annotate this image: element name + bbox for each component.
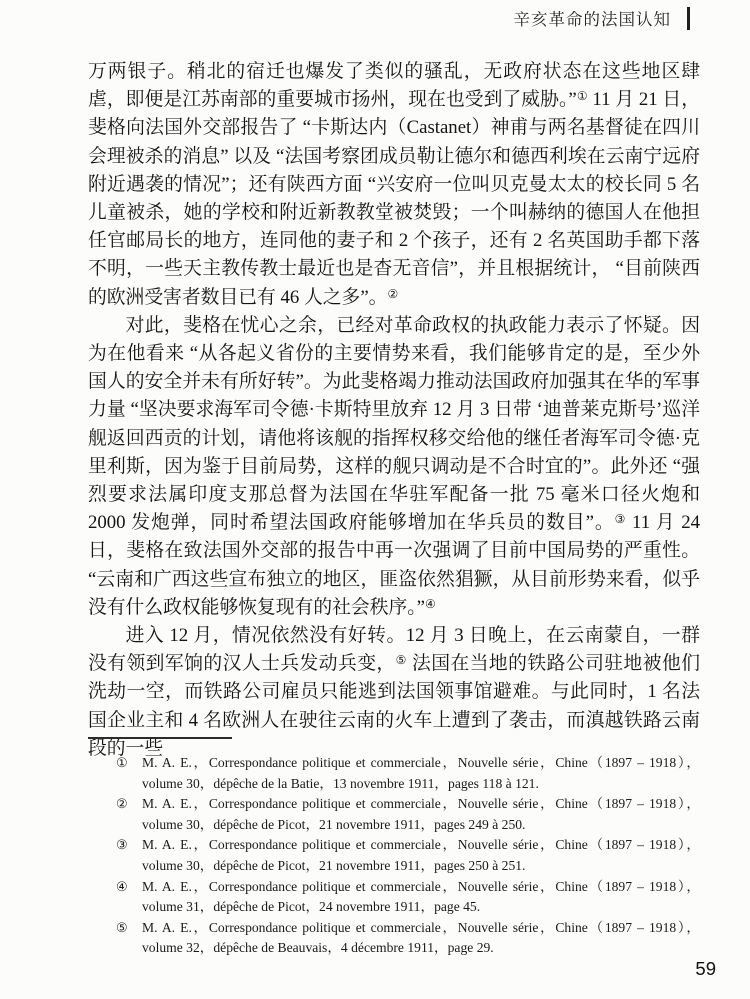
footnote-item-4: ④ M. A. E.，Correspondance politique et c… [88,877,700,918]
footnote-item-3: ③ M. A. E.，Correspondance politique et c… [88,835,700,876]
paragraph-3: 进入 12 月，情况依然没有好转。12 月 3 日晚上，在云南蒙自，一群没有领到… [88,622,700,763]
paragraph-2-text: 对此，斐格在忧心之余，已经对革命政权的执政能力表示了怀疑。因为在他看来 “从各起… [88,315,700,533]
footnote-text-1: M. A. E.，Correspondance politique et com… [142,755,700,791]
book-page: 辛亥革命的法国认知 万两银子。稍北的宿迁也爆发了类似的骚乱，无政府状态在这些地区… [0,0,750,999]
footnote-text-2: M. A. E.，Correspondance politique et com… [142,796,700,832]
footnotes: ① M. A. E.，Correspondance politique et c… [88,753,700,959]
footnote-separator [88,737,232,739]
footnote-ref-5: ⑤ [396,653,407,667]
footnote-ref-3: ③ [615,512,627,526]
footnote-ref-2: ② [387,287,398,301]
footnote-ref-1: ① [577,89,588,103]
footnote-text-5: M. A. E.，Correspondance politique et com… [142,920,700,956]
footnote-item-2: ② M. A. E.，Correspondance politique et c… [88,794,700,835]
footnote-item-5: ⑤ M. A. E.，Correspondance politique et c… [88,918,700,959]
footnote-text-3: M. A. E.，Correspondance politique et com… [142,837,700,873]
footnote-text-4: M. A. E.，Correspondance politique et com… [142,879,700,915]
footnote-marker-1: ① [116,753,128,774]
footnote-item-1: ① M. A. E.，Correspondance politique et c… [88,753,700,794]
footnote-marker-4: ④ [116,877,128,898]
footnote-marker-2: ② [116,794,128,815]
paragraph-2: 对此，斐格在忧心之余，已经对革命政权的执政能力表示了怀疑。因为在他看来 “从各起… [88,312,700,622]
running-head: 辛亥革命的法国认知 [514,6,691,30]
running-head-rule [687,7,690,30]
paragraph-1-text-continued: 11 月 21 日，斐格向法国外交部报告了 “卡斯达内（Castanet）神甫与… [88,89,700,307]
footnote-marker-3: ③ [116,835,128,856]
footnote-ref-4: ④ [425,597,436,611]
paragraph-1: 万两银子。稍北的宿迁也爆发了类似的骚乱，无政府状态在这些地区肆虐，即便是江苏南部… [88,58,700,312]
main-text: 万两银子。稍北的宿迁也爆发了类似的骚乱，无政府状态在这些地区肆虐，即便是江苏南部… [88,58,700,763]
footnote-marker-5: ⑤ [116,918,128,939]
running-head-title: 辛亥革命的法国认知 [514,6,672,30]
page-number: 59 [695,958,716,980]
